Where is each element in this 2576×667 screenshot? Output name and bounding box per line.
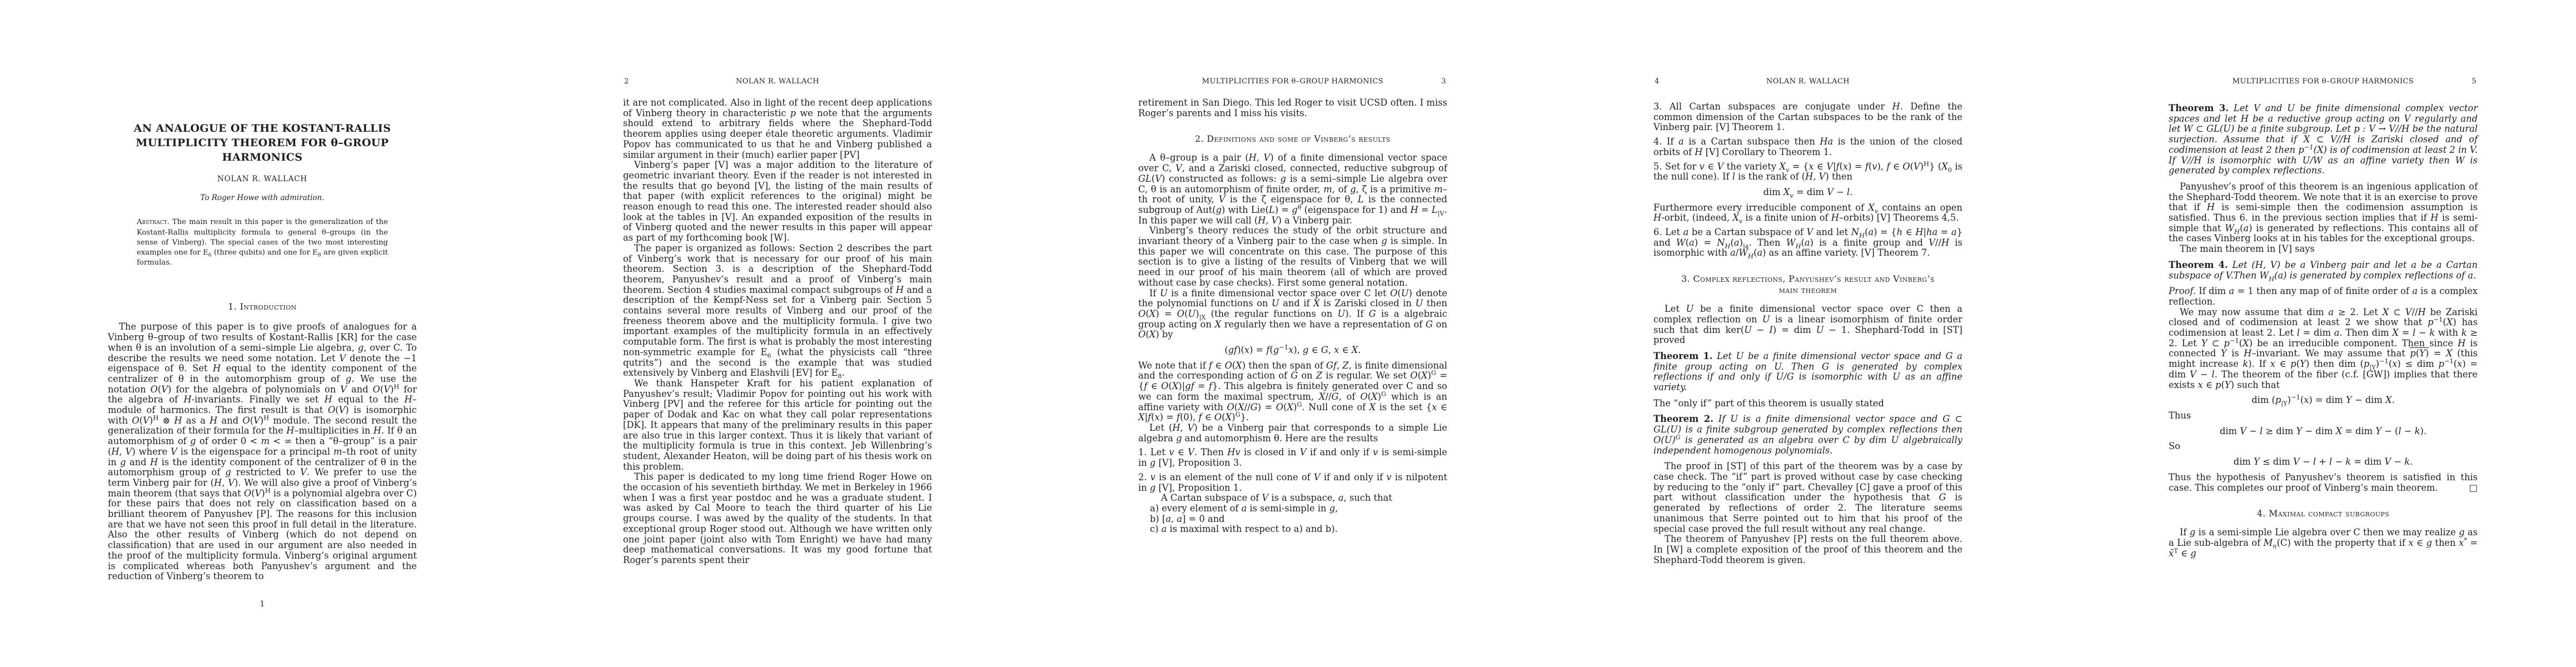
theorem: Theorem 3. Let V and U be finite dimensi…: [2169, 103, 2478, 176]
running-header: 2NOLAN R. WALLACH: [623, 77, 932, 87]
list-item: 5. Set for v ∈ V the variety Xv = {x ∈ V…: [1653, 162, 1962, 182]
math-display: dim Y ≤ dim V − l + l − k = dim V − k.: [2169, 457, 2478, 467]
section-heading: 4. Maximal compact subgroups: [2169, 508, 2478, 519]
paragraph: retirement in San Diego. This led Roger …: [1138, 98, 1447, 118]
running-title: NOLAN R. WALLACH: [1653, 77, 1962, 86]
theorem: Theorem 1. Let U be a finite dimensional…: [1653, 351, 1962, 393]
paper-title: AN ANALOGUE OF THE KOSTANT-RALLISMULTIPL…: [108, 121, 417, 165]
list-item: 3. All Cartan subspaces are conjugate un…: [1653, 102, 1962, 133]
page-2: 2NOLAN R. WALLACHit are not complicated.…: [515, 0, 1030, 667]
page-1: AN ANALOGUE OF THE KOSTANT-RALLISMULTIPL…: [0, 0, 515, 667]
paragraph: If U is a finite dimensional vector spac…: [1138, 288, 1447, 341]
abstract: Abstract. The main result in this paper …: [137, 217, 388, 268]
section-heading: 1. Introduction: [108, 301, 417, 312]
running-title: MULTIPLICITIES FOR θ–GROUP HARMONICS: [2169, 77, 2478, 86]
dedication: To Roger Howe with admiration.: [108, 193, 417, 203]
list-subitem: c) a is maximal with respect to a) and b…: [1150, 524, 1447, 535]
section-heading: 3. Complex reflections, Panyushev’s resu…: [1653, 273, 1962, 296]
running-header: MULTIPLICITIES FOR θ–GROUP HARMONICS5: [2169, 77, 2478, 87]
paragraph: The “only if” part of this theorem is us…: [1653, 399, 1962, 409]
paragraph: Thus the hypothesis of Panyushev’s theor…: [2169, 472, 2478, 493]
list-item: 2. v is an element of the null cone of V…: [1138, 472, 1447, 493]
proof: Proof. If dim a = 1 then any map of of f…: [2169, 286, 2478, 307]
paragraph: We may now assume that dim a ≥ 2. Let X …: [2169, 307, 2478, 391]
math-display: dim (p|Y)−1(x) = dim Y − dim X.: [2169, 395, 2478, 406]
paragraph: The main theorem in [V] says: [2169, 244, 2478, 255]
text-column: 3. All Cartan subspaces are conjugate un…: [1653, 93, 1962, 565]
page-4: 4NOLAN R. WALLACH3. All Cartan subspaces…: [1546, 0, 2061, 667]
paragraph: Panyushev’s proof of this theorem is an …: [2169, 182, 2478, 244]
list-item: 4. If a is a Cartan subspace then Ha is …: [1653, 137, 1962, 157]
paragraph: Let U be a finite dimensional vector spa…: [1653, 304, 1962, 346]
paragraph: We note that if f ∈ O(X) then the span o…: [1138, 361, 1447, 423]
theorem: Theorem 2. If U is a finite dimensional …: [1653, 414, 1962, 456]
math-display: (gf)(x) = f(g−1x), g ∈ G, x ∈ X.: [1138, 345, 1447, 356]
paragraph: Furthermore every irreducible component …: [1653, 203, 1962, 223]
paragraph: Vinberg’s theory reduces the study of th…: [1138, 226, 1447, 288]
paragraph: The proof in [ST] of this part of the th…: [1653, 461, 1962, 534]
section-heading: 2. Definitions and some of Vinberg’s res…: [1138, 133, 1447, 145]
paragraph: If g is a semi-simple Lie algebra over C…: [2169, 527, 2478, 559]
running-title: MULTIPLICITIES FOR θ–GROUP HARMONICS: [1138, 77, 1447, 86]
paragraph: Vinberg’s paper [V] was a major addition…: [623, 160, 932, 243]
page-5: MULTIPLICITIES FOR θ–GROUP HARMONICS5The…: [2061, 0, 2576, 667]
paragraph: This paper is dedicated to my long time …: [623, 472, 932, 565]
running-header: 4NOLAN R. WALLACH: [1653, 77, 1962, 87]
list-item: 6. Let a be a Cartan subspace of V and l…: [1653, 227, 1962, 258]
list-subitem: a) every element of a is semi-simple in …: [1150, 504, 1447, 514]
text-column: retirement in San Diego. This led Roger …: [1138, 93, 1447, 535]
paragraph: A Cartan subspace of V is a subspace, a,…: [1150, 493, 1447, 504]
paragraph: A θ–group is a pair (H, V) of a finite d…: [1138, 153, 1447, 226]
paragraph: We thank Hanspeter Kraft for his patient…: [623, 379, 932, 472]
paragraph: So: [2169, 441, 2478, 452]
text-column: AN ANALOGUE OF THE KOSTANT-RALLISMULTIPL…: [108, 117, 417, 582]
math-display: dim V − l ≥ dim Y − dim X = dim Y − (l −…: [2169, 426, 2478, 437]
paragraph: The paper is organized as follows: Secti…: [623, 243, 932, 379]
author-name: NOLAN R. WALLACH: [108, 174, 417, 185]
running-title: NOLAN R. WALLACH: [623, 77, 932, 86]
page-3: MULTIPLICITIES FOR θ–GROUP HARMONICS3ret…: [1030, 0, 1546, 667]
page-number: 1: [108, 599, 417, 610]
math-display: dim Xv = dim V − l.: [1653, 187, 1962, 198]
page-number-right: 5: [2472, 77, 2477, 86]
page-number-right: 3: [1441, 77, 1446, 86]
list-item: 1. Let v ∈ V. Then Hv is closed in V if …: [1138, 447, 1447, 468]
paragraph: The purpose of this paper is to give pro…: [108, 322, 417, 582]
text-column: Theorem 3. Let V and U be finite dimensi…: [2169, 93, 2478, 559]
paper-canvas: arXiv:1609.01773v2 [math.RT] 16 Apr 2017…: [0, 0, 2576, 667]
running-header: MULTIPLICITIES FOR θ–GROUP HARMONICS3: [1138, 77, 1447, 87]
theorem: Theorem 4. Let (H, V) be a Vinberg pair …: [2169, 260, 2478, 281]
paragraph: Thus: [2169, 411, 2478, 421]
paragraph: it are not complicated. Also in light of…: [623, 98, 932, 160]
paragraph: The theorem of Panyushev [P] rests on th…: [1653, 534, 1962, 565]
list-subitem: b) [a, a] = 0 and: [1150, 514, 1447, 525]
text-column: it are not complicated. Also in light of…: [623, 93, 932, 566]
paragraph: Let (H, V) be a Vinberg pair that corres…: [1138, 423, 1447, 444]
